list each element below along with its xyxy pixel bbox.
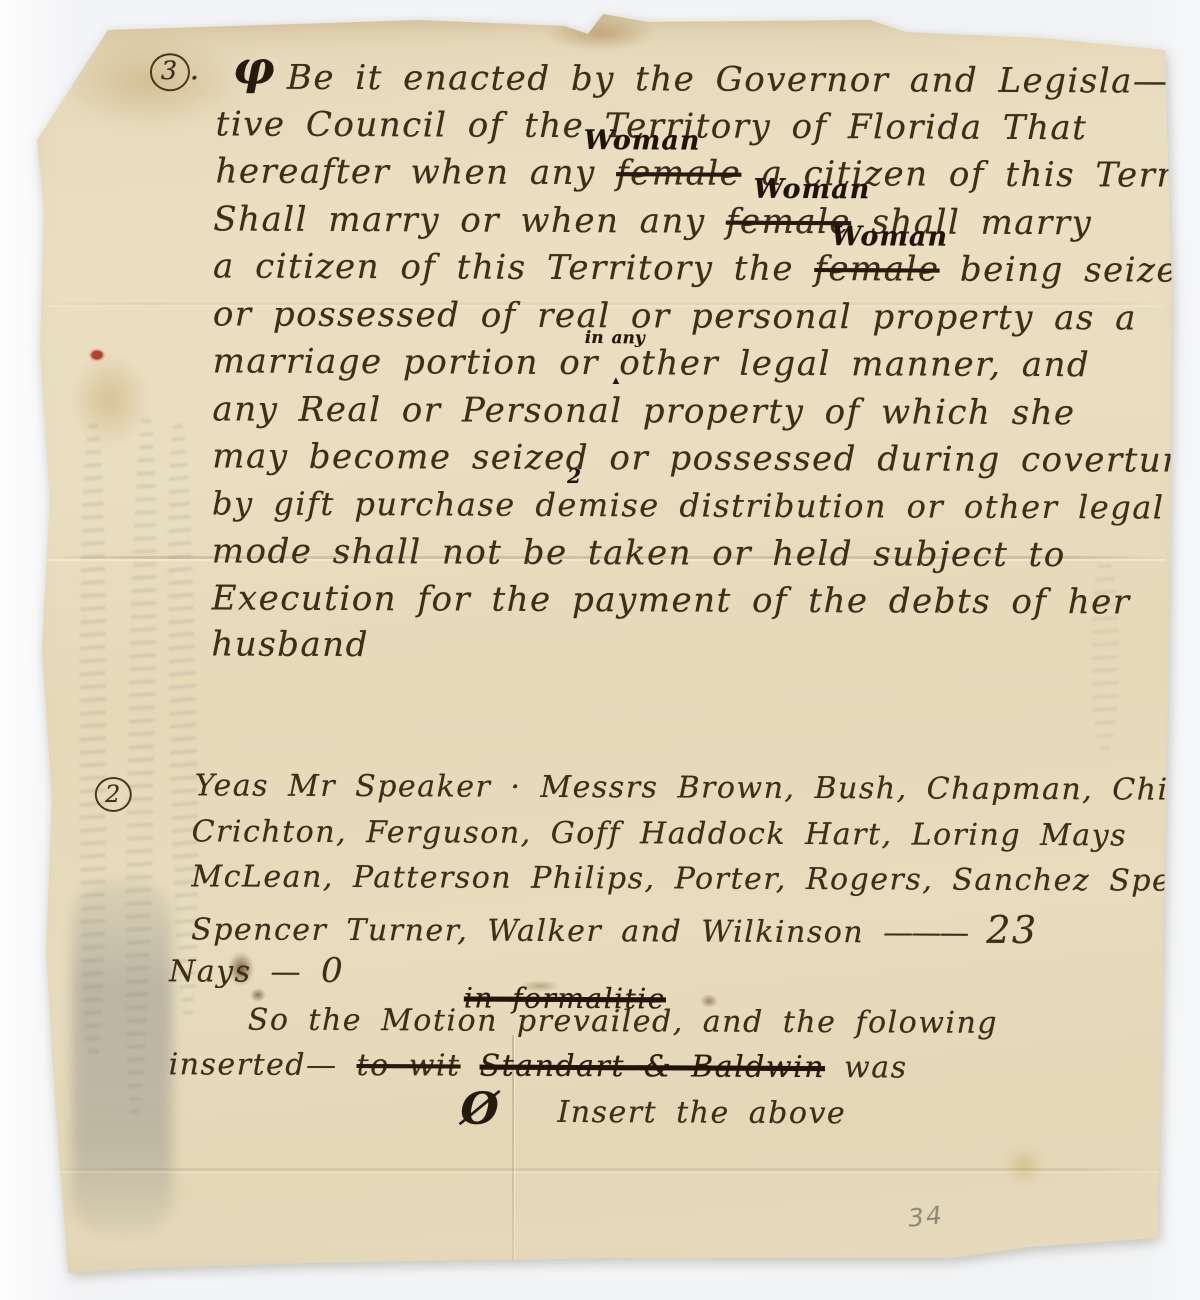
manuscript-line: Spencer Turner, Walker and Wilkinson ———… <box>191 904 1038 953</box>
handwritten-text: ——— <box>883 915 967 950</box>
handwritten-text: any Real or Personal property of which s… <box>212 389 1075 433</box>
handwritten-text: McLean, Patterson Philips, Porter, Roger… <box>191 859 1200 898</box>
handwritten-text: Crichton, Ferguson, Goff Haddock Hart, L… <box>192 814 1128 853</box>
inserted-word: Woman <box>584 125 701 158</box>
manuscript-line: 2 <box>95 776 132 813</box>
manuscript-line: mode shall not be taken or held subject … <box>212 531 1066 576</box>
handwritten-text: Yeas Mr Speaker · Messrs Brown, Bush, Ch… <box>195 768 1200 807</box>
document-page: 3.φBe it enacted by the Governor and Leg… <box>0 0 1200 1300</box>
manuscript-line: Be it enacted by the Governor and Legisl… <box>287 58 1169 103</box>
handwritten-text: . <box>190 52 201 87</box>
manuscript-line: inserted— to wit Standart & Baldwin was <box>169 1047 908 1086</box>
handwritten-text <box>967 916 986 951</box>
manuscript-line: Execution for the payment of the debts o… <box>212 578 1131 623</box>
struck-out-text: to wit <box>357 1048 461 1083</box>
manuscript-line: by gift purchase demise distribution or … <box>212 484 1165 527</box>
handwritten-text: Spencer Turner, Walker and Wilkinson <box>191 912 883 950</box>
struck-out-text: Standart & Baldwin <box>480 1049 826 1086</box>
manuscript-line: any Real or Personal property of which s… <box>212 389 1075 434</box>
handwritten-text: So the Motion prevailed, and the folowin… <box>248 1003 998 1041</box>
manuscript-line: φ <box>233 40 275 95</box>
handwritten-text: by gift purchase demise distribution or … <box>212 484 1165 526</box>
insertion-mark: Ø <box>460 1083 499 1134</box>
manuscript-line: Yeas Mr Speaker · Messrs Brown, Bush, Ch… <box>195 768 1200 808</box>
manuscript-text-layer: 3.φBe it enacted by the Governor and Leg… <box>0 0 1200 1300</box>
handwritten-text: 0 <box>321 951 344 991</box>
handwritten-text <box>460 1048 479 1083</box>
handwritten-text: Insert the above <box>557 1095 846 1131</box>
handwritten-text: inserted— <box>169 1047 357 1083</box>
manuscript-line: or possessed of real or personal propert… <box>213 294 1137 339</box>
scan-background: 3.φBe it enacted by the Governor and Leg… <box>0 0 1200 1300</box>
manuscript-line: Insert the above <box>557 1095 846 1132</box>
handwritten-text: in any <box>585 328 645 349</box>
handwritten-text: husband <box>211 624 369 665</box>
archival-page-number: 34 <box>907 1200 946 1233</box>
insertion-mark: φ <box>233 40 275 94</box>
manuscript-line: 3. <box>150 52 201 91</box>
handwritten-text: 23 <box>986 908 1038 952</box>
handwritten-text: hereafter when any <box>215 151 616 193</box>
manuscript-line: may become seized or possessed during co… <box>212 436 1200 481</box>
handwritten-text: 2 <box>567 464 581 488</box>
struck-out-text: female <box>616 153 741 194</box>
inserted-word: Woman <box>831 221 948 254</box>
handwritten-text: Be it enacted by the Governor and Legisl… <box>287 58 1169 102</box>
handwritten-text: mode shall not be taken or held subject … <box>212 531 1066 575</box>
handwritten-text: marriage portion or other legal manner, … <box>213 341 1091 385</box>
handwritten-text: a citizen of this Territory the <box>213 246 814 289</box>
handwritten-text: or possessed of real or personal propert… <box>213 294 1137 338</box>
inserted-word: Woman <box>753 174 870 207</box>
manuscript-line: Shall marry or when any female shall mar… <box>213 199 1092 244</box>
handwritten-text: being seized <box>939 250 1200 291</box>
manuscript-line: a citizen of this Territory the female b… <box>213 246 1200 291</box>
handwritten-text: Execution for the payment of the debts o… <box>212 578 1131 622</box>
manuscript-line: hereafter when any female a citizen of t… <box>215 151 1200 196</box>
handwritten-text: Shall marry or when any <box>213 199 726 241</box>
handwritten-text: ▴ <box>613 373 620 389</box>
handwritten-text: was <box>825 1050 908 1085</box>
manuscript-line: marriage portion or other legal manner, … <box>213 341 1091 386</box>
manuscript-line: Ø <box>460 1083 499 1136</box>
circled-section-number: 2 <box>95 777 132 813</box>
struck-out-text: female <box>814 249 939 290</box>
manuscript-line: McLean, Patterson Philips, Porter, Roger… <box>191 859 1200 899</box>
handwritten-text: may become seized or possessed during co… <box>212 436 1200 480</box>
circled-section-number: 3 <box>150 53 190 91</box>
paper-sheet: 3.φBe it enacted by the Governor and Leg… <box>0 0 1200 1300</box>
manuscript-line: husband <box>211 624 369 665</box>
manuscript-line: Crichton, Ferguson, Goff Haddock Hart, L… <box>192 814 1128 854</box>
manuscript-line: Nays — 0in formalitie <box>169 950 344 992</box>
handwritten-text: Nays — <box>169 954 321 990</box>
manuscript-line: So the Motion prevailed, and the folowin… <box>248 1003 998 1042</box>
